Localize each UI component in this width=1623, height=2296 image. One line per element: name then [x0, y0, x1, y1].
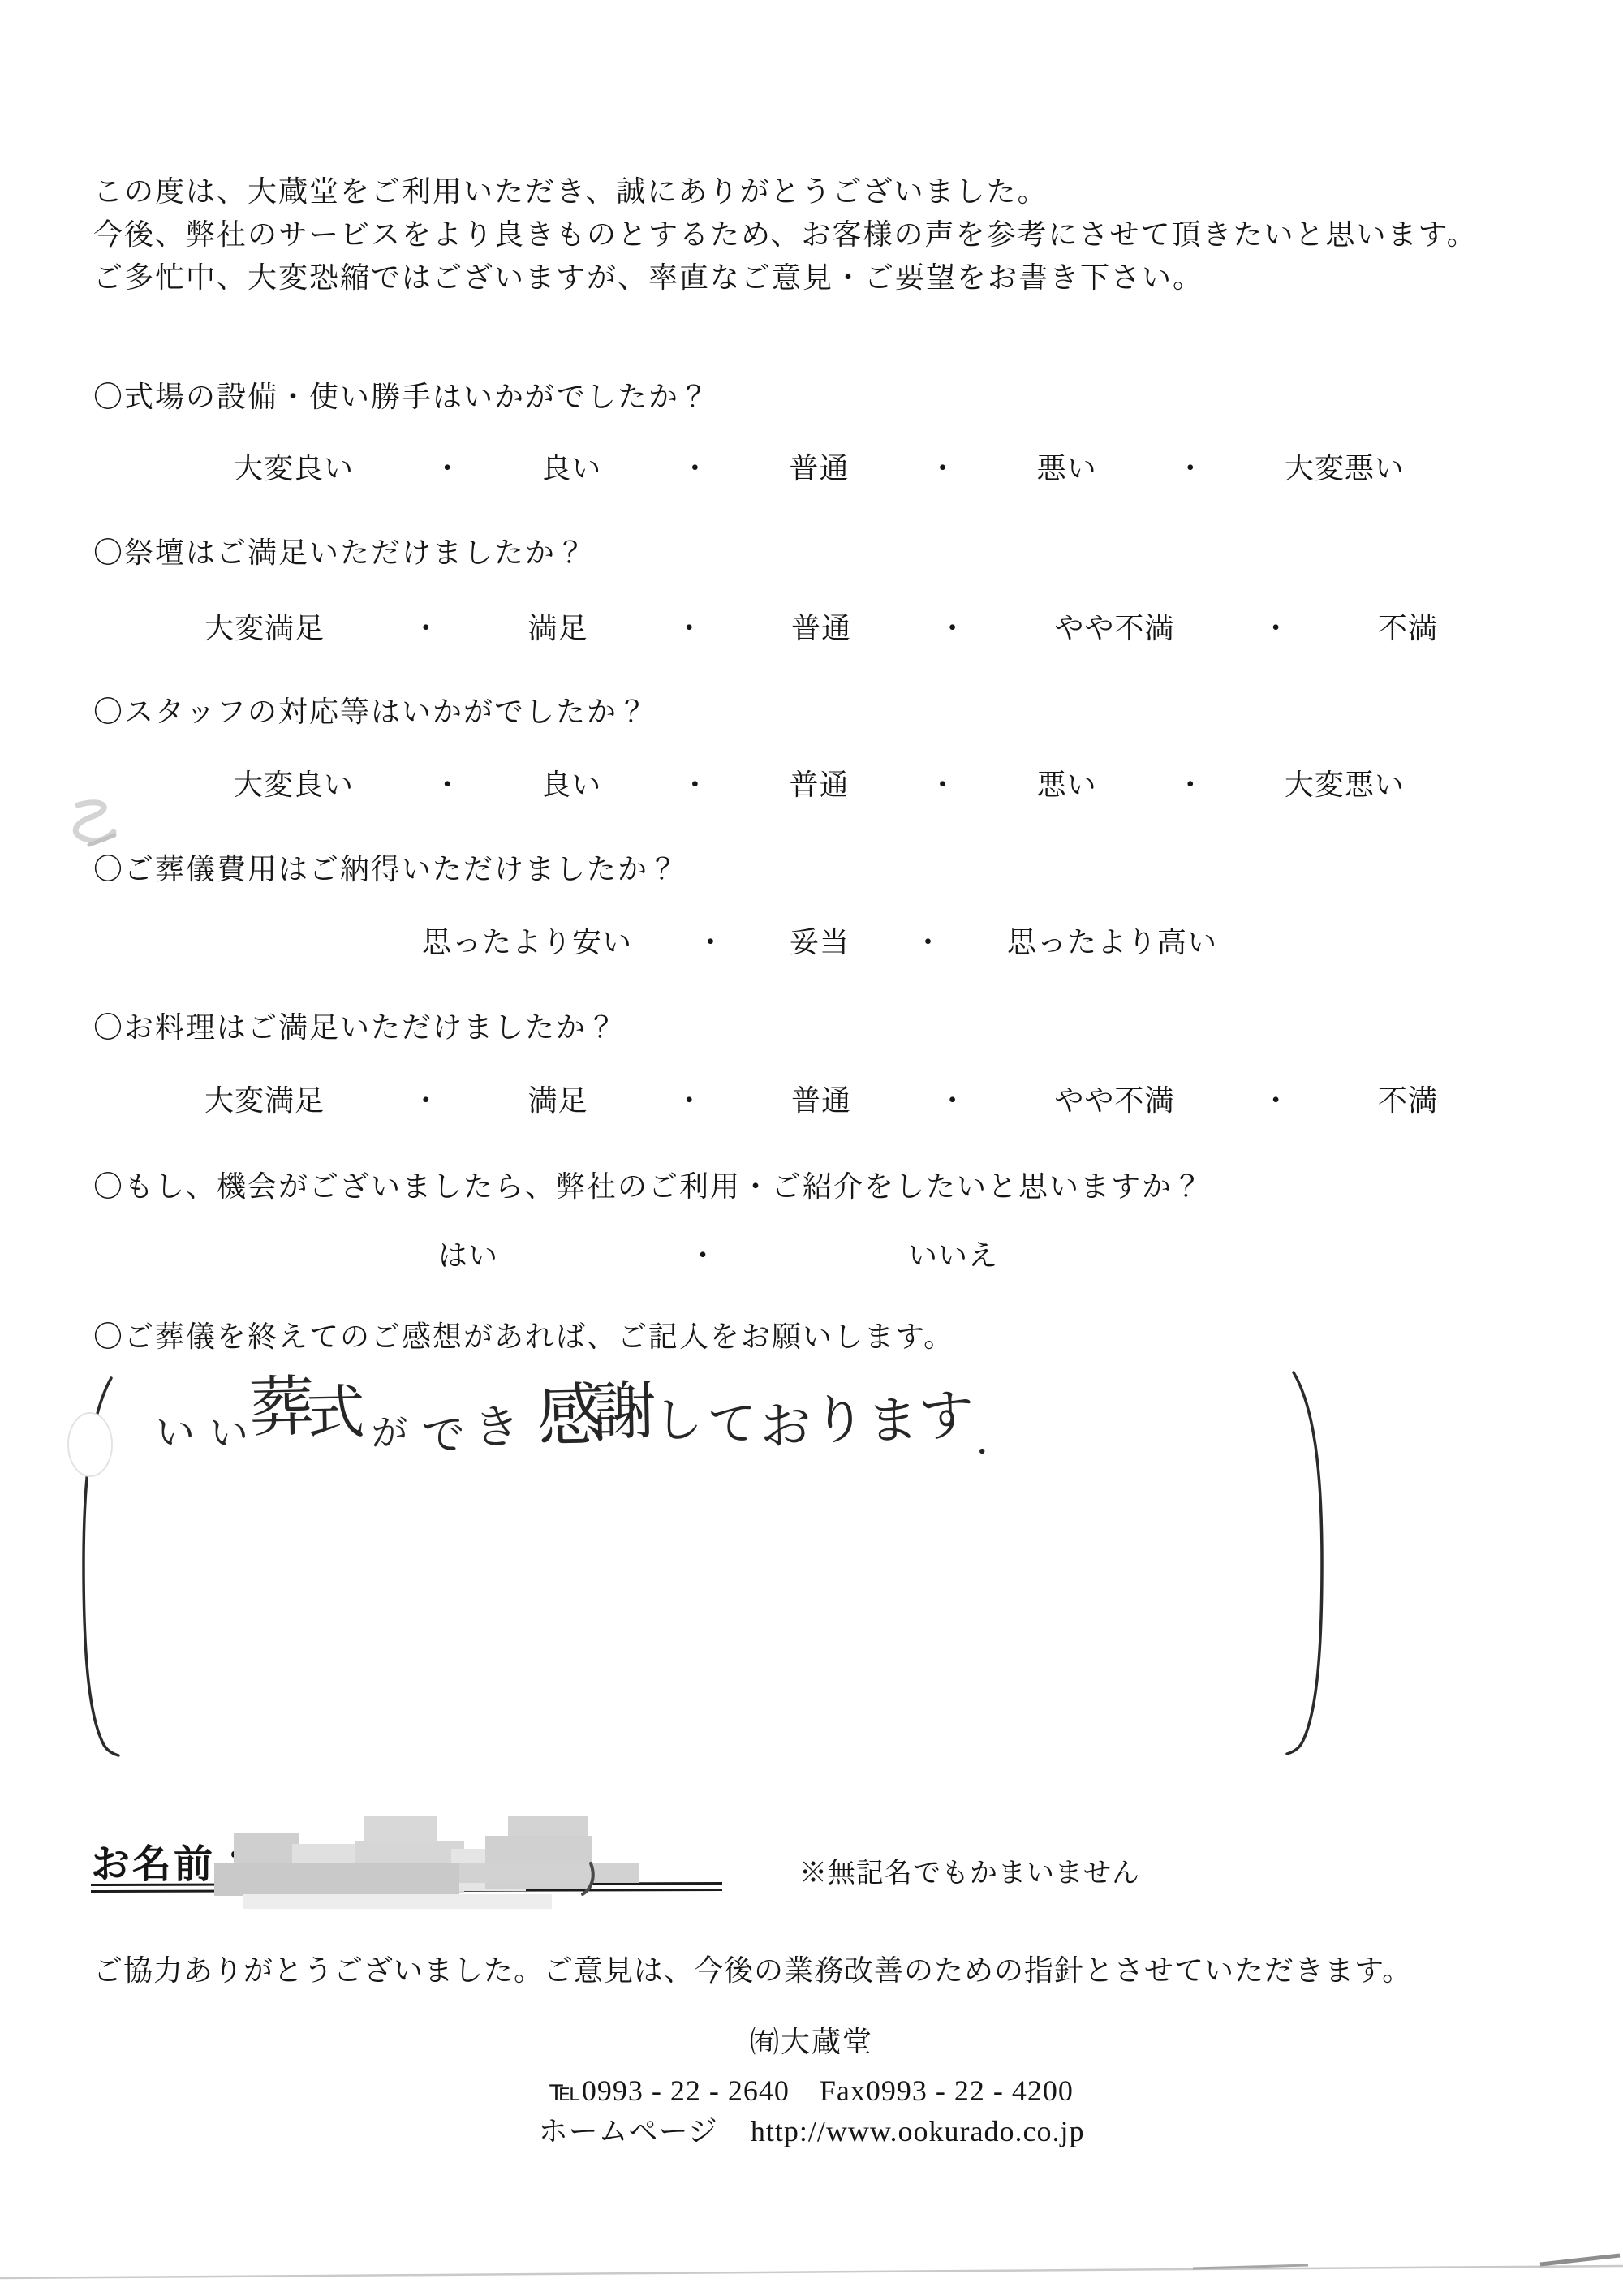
intro-line: この度は、大蔵堂をご利用いただき、誠にありがとうございました。: [93, 170, 1478, 213]
option-separator: ・: [411, 611, 441, 646]
answer-option: 普通: [789, 451, 849, 486]
question-heading: 〇式場の設備・使い勝手はいかがでしたか？: [93, 380, 710, 415]
answer-option: 大変満足: [204, 611, 325, 646]
option-separator: ・: [1176, 768, 1206, 803]
answer-option: 思ったより高い: [1007, 925, 1217, 960]
answer-options-row: 大変良い・良い・普通・悪い・大変悪い: [234, 768, 1405, 803]
option-separator: ・: [680, 451, 710, 486]
answer-option: 普通: [791, 611, 851, 646]
closing-text: ご協力ありがとうございました。ご意見は、今後の業務改善のための指針とさせていただ…: [93, 1948, 1412, 1989]
answer-option: 普通: [789, 768, 849, 803]
homepage-url: http://www.ookurado.co.jp: [751, 2115, 1085, 2147]
answer-options-row: 大変良い・良い・普通・悪い・大変悪い: [234, 451, 1405, 486]
option-separator: ・: [1261, 611, 1291, 646]
right-bracket-line: [1287, 1372, 1322, 1754]
question-heading: 〇ご葬儀費用はご納得いただけましたか？: [93, 852, 679, 887]
answer-option: 良い: [541, 768, 601, 803]
comment-question-heading: 〇ご葬儀を終えてのご感想があれば、ご記入をお願いします。: [93, 1320, 954, 1355]
answer-option: 良い: [541, 451, 601, 486]
option-separator: ・: [433, 451, 463, 486]
option-separator: ・: [913, 925, 943, 960]
scan-edge-corner-smudge: [1540, 2255, 1620, 2264]
handwritten-char: 謝: [592, 1380, 657, 1445]
answer-options-row: 大変満足・満足・普通・やや不満・不満: [204, 611, 1438, 646]
homepage-line: ホームページhttp://www.ookurado.co.jp: [0, 2109, 1623, 2150]
anonymous-note: ※無記名でもかまいません: [799, 1850, 1140, 1890]
answer-option: 悪い: [1037, 768, 1097, 803]
answer-option: 悪い: [1037, 451, 1097, 486]
handwritten-char: て: [707, 1399, 756, 1449]
option-separator: ・: [433, 768, 463, 803]
mosaic-block: [214, 1863, 459, 1896]
answer-option: 思ったより安い: [422, 925, 632, 960]
answer-options-row: 大変満足・満足・普通・やや不満・不満: [204, 1083, 1438, 1118]
handwritten-char: で: [421, 1413, 466, 1458]
handwritten-char: い: [209, 1413, 249, 1453]
answer-options-row: はい・いいえ: [438, 1238, 998, 1273]
handwritten-char: お: [760, 1400, 811, 1452]
option-separator: ・: [938, 611, 968, 646]
answer-option: 満足: [527, 611, 588, 646]
option-separator: ・: [928, 768, 958, 803]
homepage-label: ホームページ: [539, 2115, 718, 2147]
answer-option: 大変良い: [234, 768, 354, 803]
handwritten-char: が: [371, 1415, 408, 1452]
question-heading: 〇祭壇はご満足いただけましたか？: [93, 536, 587, 571]
answer-option: 不満: [1378, 611, 1438, 646]
answer-option: やや不満: [1054, 1083, 1174, 1118]
option-separator: ・: [688, 1238, 718, 1273]
handwritten-char: し: [653, 1396, 703, 1445]
mosaic-block: [243, 1894, 552, 1909]
answer-option: 満足: [527, 1083, 588, 1118]
pen-stroke-tail: [568, 1857, 617, 1906]
answer-option: 妥当: [790, 925, 850, 960]
option-separator: ・: [680, 768, 710, 803]
question-heading: 〇もし、機会がございましたら、弊社のご利用・ご紹介をしたいと思いますか？: [93, 1170, 1203, 1204]
answer-option: 不満: [1378, 1083, 1438, 1118]
handwritten-char: い: [156, 1413, 196, 1453]
answer-option: はい: [438, 1238, 498, 1273]
answer-options-row: 思ったより安い・妥当・思ったより高い: [422, 925, 1217, 960]
option-separator: ・: [938, 1083, 968, 1118]
answer-option: 大変良い: [234, 451, 354, 486]
hole-punch-mark: [68, 1413, 112, 1476]
option-separator: ・: [674, 1083, 704, 1118]
option-separator: ・: [674, 611, 704, 646]
answer-option: 大変悪い: [1285, 768, 1405, 803]
answer-option: 大変満足: [204, 1083, 325, 1118]
handwritten-char: き: [473, 1404, 520, 1451]
answer-option: 普通: [791, 1083, 851, 1118]
answer-option: やや不満: [1054, 611, 1174, 646]
option-separator: ・: [411, 1083, 441, 1118]
answer-option: いいえ: [908, 1238, 998, 1273]
handwritten-char: .: [976, 1416, 988, 1460]
margin-smudge: [75, 803, 114, 841]
handwritten-char: ま: [867, 1395, 919, 1447]
question-heading: 〇お料理はご満足いただけましたか？: [93, 1010, 618, 1045]
intro-line: ご多忙中、大変恐縮ではございますが、率直なご意見・ご要望をお書き下さい。: [93, 256, 1478, 299]
intro-text: この度は、大蔵堂をご利用いただき、誠にありがとうございました。 今後、弊社のサー…: [93, 170, 1478, 299]
option-separator: ・: [928, 451, 958, 486]
option-separator: ・: [1176, 451, 1206, 486]
handwritten-char: り: [811, 1394, 866, 1448]
scanned-survey-page: この度は、大蔵堂をご利用いただき、誠にありがとうございました。 今後、弊社のサー…: [0, 0, 1623, 2296]
handwritten-char: 式: [306, 1383, 365, 1442]
scan-edge-line: [0, 2266, 1623, 2278]
option-separator: ・: [1261, 1083, 1291, 1118]
question-heading: 〇スタッフの対応等はいかがでしたか？: [93, 695, 648, 730]
option-separator: ・: [695, 925, 725, 960]
company-name: ㈲大蔵堂: [0, 2019, 1623, 2061]
tel-fax-line: ℡0993 - 22 - 2640 Fax0993 - 22 - 4200: [0, 2068, 1623, 2109]
intro-line: 今後、弊社のサービスをより良きものとするため、お客様の声を参考にさせて頂きたいと…: [93, 213, 1478, 256]
answer-option: 大変悪い: [1285, 451, 1405, 486]
handwritten-char: す: [918, 1388, 975, 1445]
